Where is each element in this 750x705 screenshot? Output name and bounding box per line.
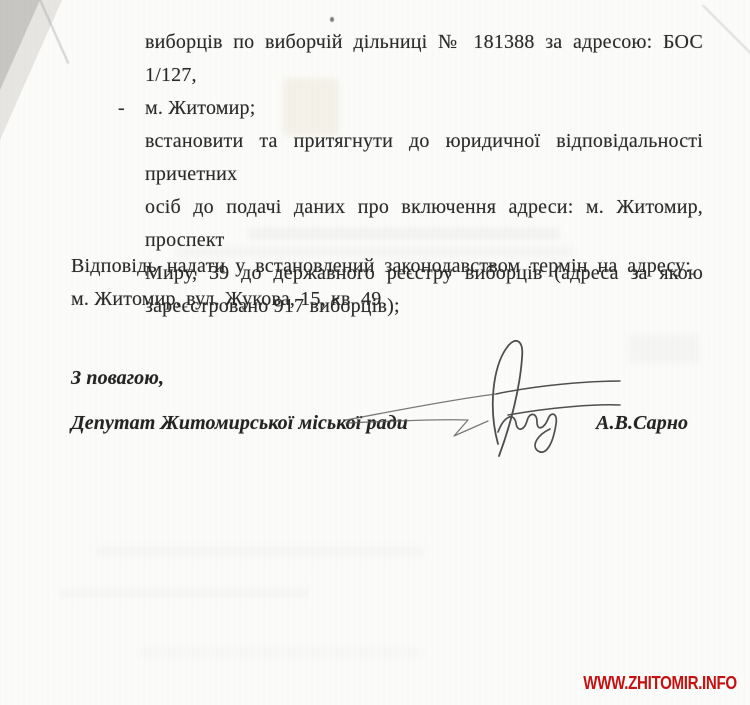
showthrough-text-smudge bbox=[95, 546, 425, 557]
body-line: м. Житомир, вул. Жукова, 15, кв. 49 bbox=[71, 283, 691, 316]
site-watermark: WWW.ZHITOMIR.INFO bbox=[583, 673, 737, 694]
body-line: Відповідь надати у встановлений законода… bbox=[71, 250, 691, 283]
list-dash-marker: - bbox=[118, 92, 138, 125]
showthrough-text-smudge bbox=[628, 334, 700, 364]
body-line: виборців по виборчій дільниці № 181388 з… bbox=[145, 26, 703, 92]
signature-scribble bbox=[338, 332, 630, 468]
scan-speck bbox=[330, 17, 334, 22]
reply-paragraph: Відповідь надати у встановлений законода… bbox=[71, 250, 691, 316]
body-line: м. Житомир; bbox=[145, 92, 703, 125]
body-line: осіб до подачі даних про включення адрес… bbox=[145, 191, 703, 257]
body-line: встановити та притягнути до юридичної ві… bbox=[145, 125, 703, 191]
closing-salutation: З повагою, bbox=[71, 362, 164, 395]
showthrough-text-smudge bbox=[60, 588, 310, 598]
scanned-letter-page: виборців по виборчій дільниці № 181388 з… bbox=[0, 0, 750, 705]
scan-crease-top-right bbox=[702, 5, 750, 56]
showthrough-text-smudge bbox=[140, 648, 420, 658]
